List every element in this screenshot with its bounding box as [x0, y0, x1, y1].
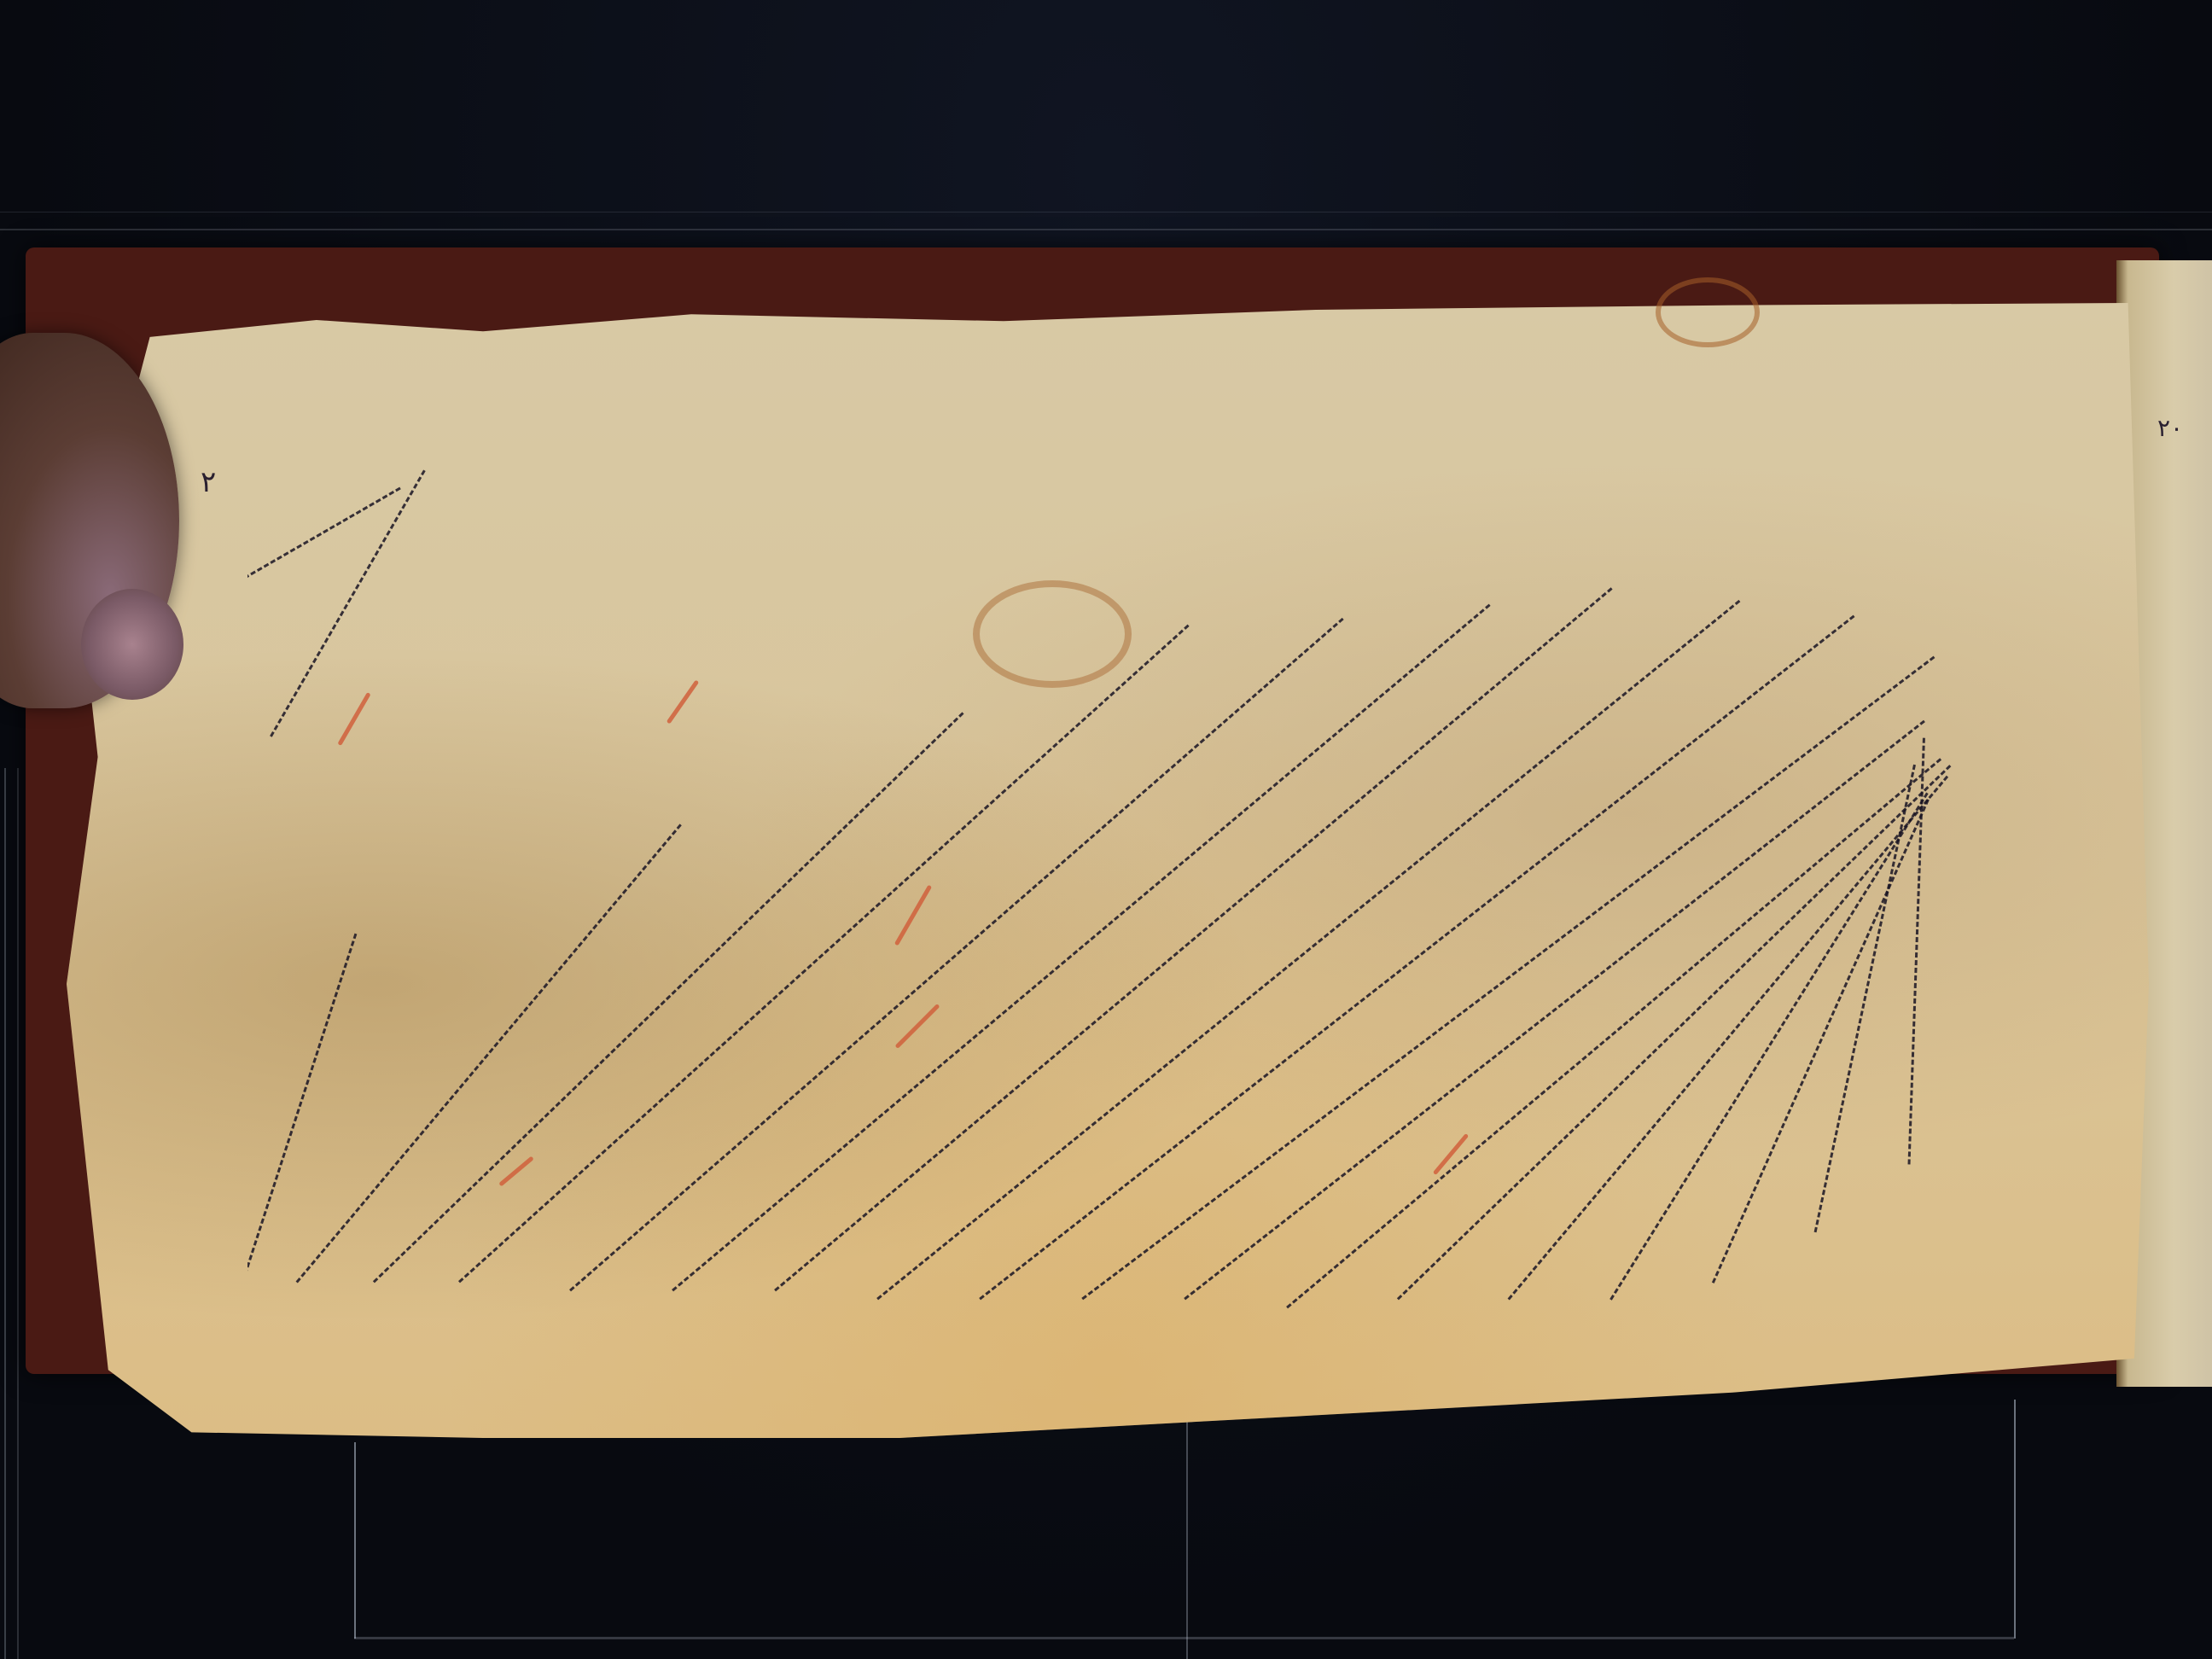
grid-line	[4, 768, 6, 1659]
script-line	[247, 487, 404, 588]
manuscript-text-block	[247, 375, 1997, 1314]
grid-line	[354, 1637, 2014, 1639]
script-line	[1814, 765, 1921, 1234]
grid-line	[2014, 1400, 2016, 1639]
right-page-mark: ٢٠	[2157, 414, 2183, 442]
water-ring-stain	[1656, 277, 1760, 347]
red-rubric-mark	[894, 885, 932, 946]
script-line	[1286, 758, 1945, 1313]
margin-numeral: ٢	[201, 465, 216, 499]
grid-line	[0, 229, 2212, 230]
script-line	[296, 824, 686, 1286]
red-rubric-mark	[667, 679, 700, 724]
thumbnail	[81, 589, 183, 700]
red-rubric-mark	[337, 692, 370, 746]
script-line	[672, 604, 1493, 1295]
grid-line	[17, 768, 19, 1659]
grid-line	[1186, 1400, 1188, 1659]
script-line	[1508, 776, 1953, 1304]
grid-line	[0, 212, 2212, 212]
script-line	[1397, 765, 1955, 1304]
script-line	[270, 469, 430, 739]
grid-line	[354, 1442, 356, 1639]
